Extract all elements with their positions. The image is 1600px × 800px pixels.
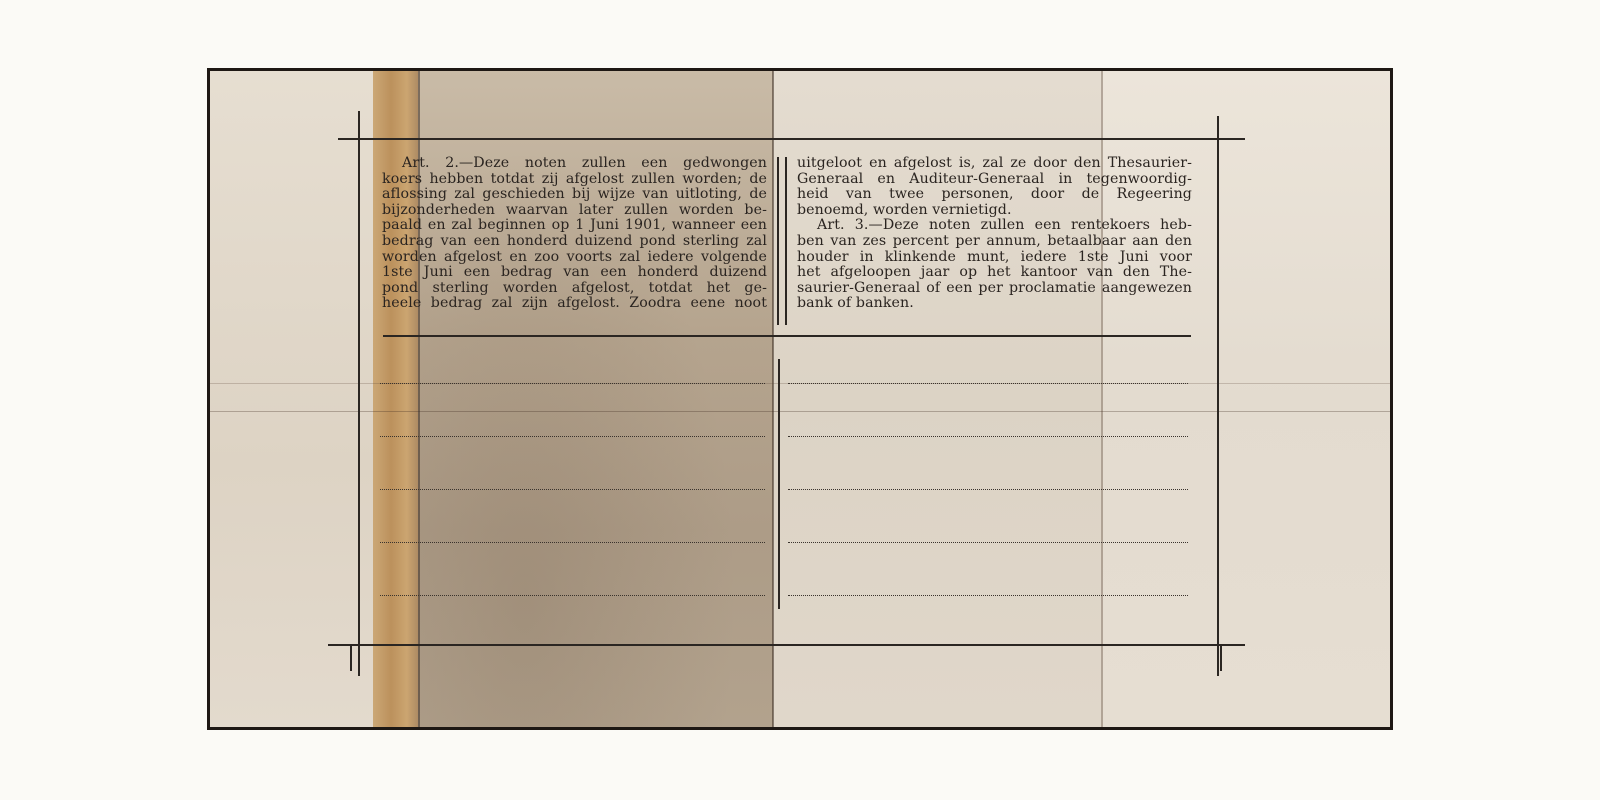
text-line: houder in klinkende munt, iedere 1ste Ju… <box>797 250 1192 266</box>
text-line: aflossing zal geschieden bij wijze van u… <box>382 187 767 203</box>
text-line: paald en zal beginnen op 1 Juni 1901, wa… <box>382 218 767 234</box>
fold-line <box>772 71 774 727</box>
text-bottom-rule <box>383 335 1191 337</box>
blank-line <box>380 595 765 596</box>
blank-line <box>788 436 1188 437</box>
lower-divider <box>778 359 780 609</box>
text-line: heid van twee personen, door de Regeerin… <box>797 187 1192 203</box>
text-line: 1ste Juni een bedrag van een honderd dui… <box>382 265 767 281</box>
blank-line <box>380 436 765 437</box>
crease <box>210 411 1390 412</box>
blank-line <box>380 489 765 490</box>
text-line: bedrag van een honderd duizend pond ster… <box>382 234 767 250</box>
left-margin-panel <box>210 71 375 727</box>
frame-bottom-rule <box>328 644 1240 646</box>
text-line: bank of banken. <box>797 296 1192 312</box>
banknote-paper: Art. 2.—Deze noten zullen een gedwongen … <box>210 71 1390 727</box>
text-line: koers hebben totdat zij afgelost zullen … <box>382 172 767 188</box>
frame-right-rule <box>1217 116 1219 676</box>
blank-line <box>788 383 1188 384</box>
scanned-document-frame: Art. 2.—Deze noten zullen een gedwongen … <box>207 68 1393 730</box>
blank-line <box>788 489 1188 490</box>
frame-left-rule <box>358 111 360 676</box>
blank-line <box>788 595 1188 596</box>
corner-tick <box>350 646 352 671</box>
article-2-text: Art. 2.—Deze noten zullen een gedwongen … <box>382 156 767 312</box>
text-line: Art. 2.—Deze noten zullen een gedwongen <box>382 156 767 172</box>
corner-tick <box>1225 644 1245 646</box>
blank-line <box>380 383 765 384</box>
blank-line <box>788 542 1188 543</box>
frame-top-rule <box>338 138 1245 140</box>
text-line: saurier-Generaal of een per proclamatie … <box>797 281 1192 297</box>
article-3-text: uitgeloot en afgelost is, zal ze door de… <box>797 156 1192 312</box>
text-line: het afgeloopen jaar op het kantoor van d… <box>797 265 1192 281</box>
text-line: benoemd, worden vernietigd. <box>797 203 1192 219</box>
text-line: Generaal en Auditeur-Generaal in tegenwo… <box>797 172 1192 188</box>
text-line: Art. 3.—Deze noten zullen een rentekoers… <box>797 218 1192 234</box>
text-line: pond sterling worden afgelost, totdat he… <box>382 281 767 297</box>
column-divider <box>777 157 787 325</box>
corner-tick <box>1220 646 1222 671</box>
text-line: worden afgelost en zoo voorts zal iedere… <box>382 250 767 266</box>
text-line: bijzonderheden waarvan later zullen word… <box>382 203 767 219</box>
text-line: uitgeloot en afgelost is, zal ze door de… <box>797 156 1192 172</box>
text-line: ben van zes percent per annum, betaalbaa… <box>797 234 1192 250</box>
text-line: heele bedrag zal zijn afgelost. Zoodra e… <box>382 296 767 312</box>
blank-line <box>380 542 765 543</box>
